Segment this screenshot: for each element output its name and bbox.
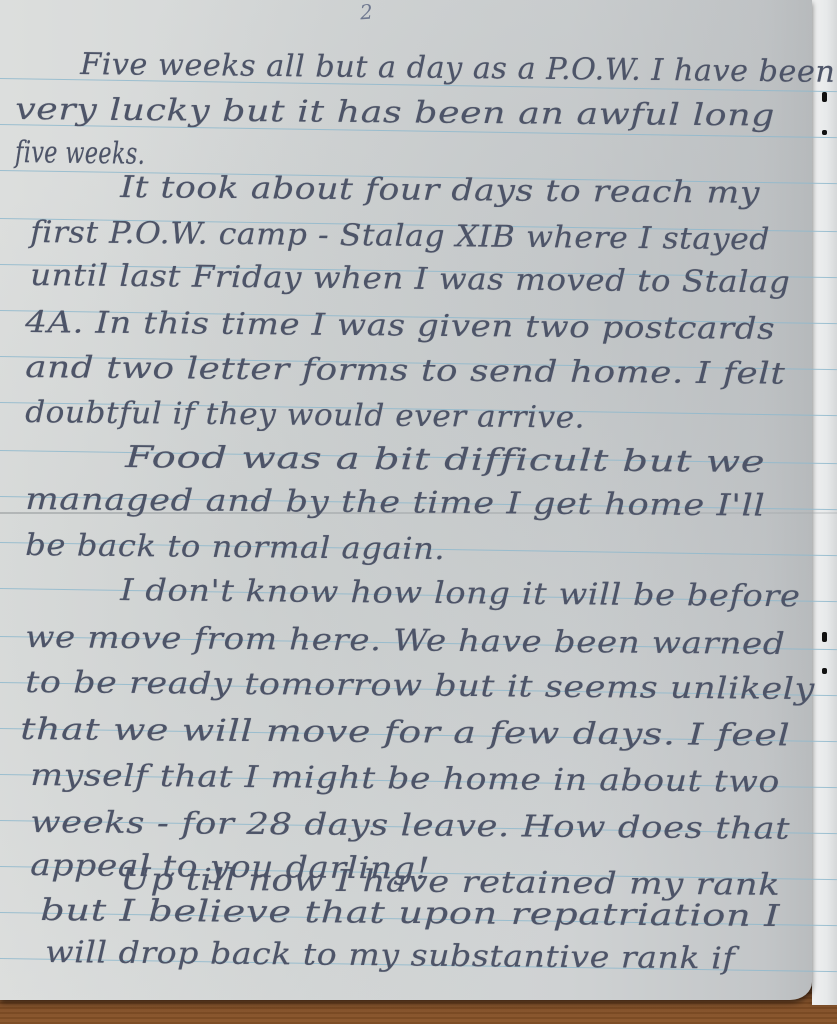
handwritten-line: very lucky but it has been an awful long: [15, 92, 775, 134]
handwritten-line: It took about four days to reach my: [120, 170, 760, 211]
binding-hole: [822, 92, 827, 102]
handwritten-line: and two letter forms to send home. I fel…: [25, 350, 786, 392]
handwritten-line: to be ready tomorrow but it seems unlike…: [25, 665, 815, 707]
handwritten-line: five weeks.: [15, 135, 145, 172]
handwritten-line: 4A. In this time I was given two postcar…: [25, 305, 775, 347]
handwritten-line: until last Friday when I was moved to St…: [30, 258, 790, 300]
handwritten-line: doubtful if they would ever arrive.: [25, 395, 585, 436]
handwritten-line: will drop back to my substantive rank if: [45, 935, 735, 977]
handwritten-line: that we will move for a few days. I feel: [20, 712, 790, 753]
handwritten-line: be back to normal again.: [25, 528, 445, 567]
handwritten-line: but I believe that upon repatriation I: [40, 893, 780, 934]
binding-hole: [822, 668, 827, 674]
handwritten-line: myself that I might be home in about two: [30, 758, 780, 800]
handwritten-line: weeks - for 28 days leave. How does that: [30, 805, 790, 847]
binding-hole: [822, 632, 827, 642]
handwritten-line: first P.O.W. camp - Stalag XIB where I s…: [30, 215, 770, 257]
handwritten-line: managed and by the time I get home I'll: [25, 482, 765, 524]
handwritten-line: Food was a bit difficult but we: [125, 440, 766, 480]
handwritten-line: we move from here. We have been warned: [25, 620, 785, 662]
binding-hole: [822, 130, 827, 135]
photo-scene: 2 Five weeks all but a day as a P.O.W. I…: [0, 0, 837, 1024]
handwritten-line: Five weeks all but a day as a P.O.W. I h…: [80, 47, 836, 90]
letter-body: Five weeks all but a day as a P.O.W. I h…: [0, 0, 812, 1000]
handwritten-line: I don't know how long it will be before: [120, 573, 801, 614]
paper-edge: [812, 0, 837, 1005]
